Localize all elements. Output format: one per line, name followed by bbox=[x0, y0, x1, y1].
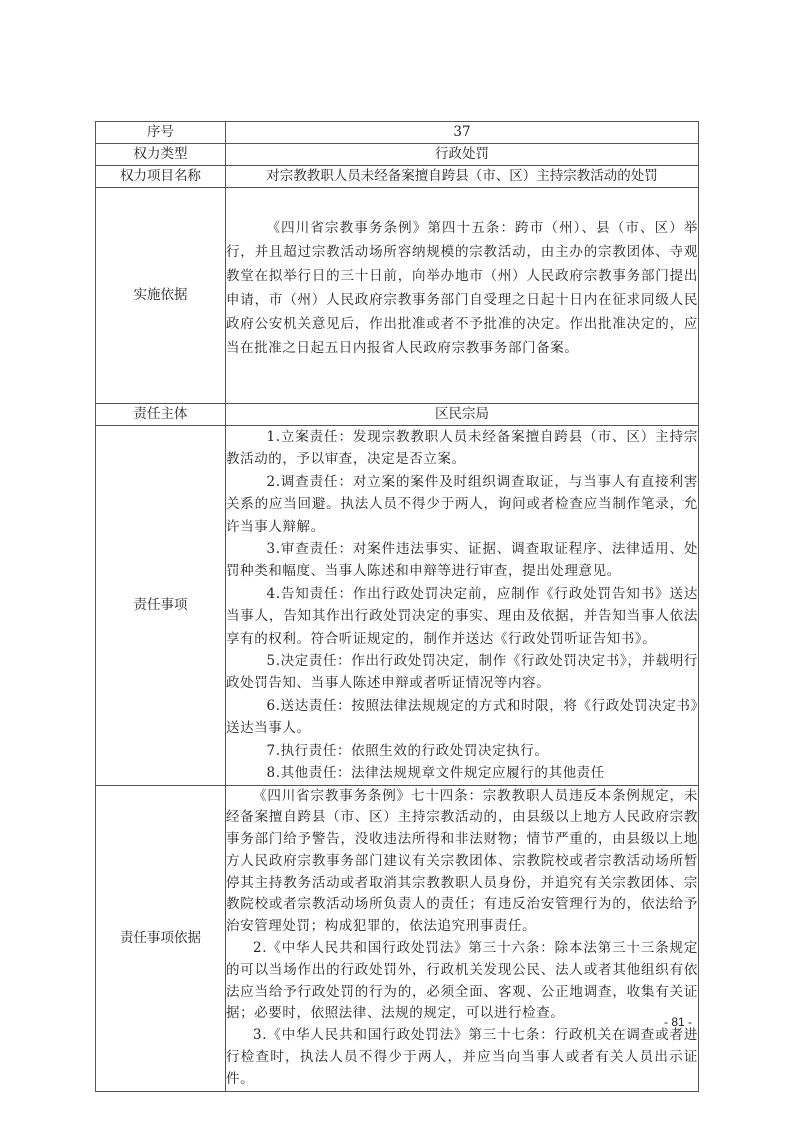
document-page: 序号 37 权力类型 行政处罚 权力项目名称 对宗教教职人员未经备案擅自跨县（市… bbox=[0, 0, 793, 1122]
label-power-type: 权力类型 bbox=[96, 144, 226, 166]
row-power-item-name: 权力项目名称 对宗教教职人员未经备案擅自跨县（市、区）主持宗教活动的处罚 bbox=[96, 166, 699, 188]
duty-item: 5.决定责任：作出行政处罚决定，制作《行政处罚决定书》，并载明行政处罚告知、当事… bbox=[226, 650, 698, 695]
duty-basis-item: 3.《中华人民共和国行政处罚法》第三十七条：行政机关在调查或者进行检查时，执法人… bbox=[226, 1025, 698, 1090]
value-responsible-subject: 区民宗局 bbox=[226, 404, 699, 426]
value-serial-number: 37 bbox=[226, 122, 699, 144]
duty-item: 7.执行责任：依照生效的行政处罚决定执行。 bbox=[226, 740, 698, 762]
row-power-type: 权力类型 行政处罚 bbox=[96, 144, 699, 166]
label-responsible-subject: 责任主体 bbox=[96, 404, 226, 426]
power-item-table: 序号 37 权力类型 行政处罚 权力项目名称 对宗教教职人员未经备案擅自跨县（市… bbox=[95, 121, 699, 1092]
value-power-item-name: 对宗教教职人员未经备案擅自跨县（市、区）主持宗教活动的处罚 bbox=[226, 166, 699, 188]
row-duty-basis: 责任事项依据 《四川省宗教事务条例》七十四条：宗教教职人员违反本条例规定，未经备… bbox=[96, 785, 699, 1091]
row-duties: 责任事项 1.立案责任：发现宗教教职人员未经备案擅自跨县（市、区）主持宗教活动的… bbox=[96, 426, 699, 786]
duty-item: 1.立案责任：发现宗教教职人员未经备案擅自跨县（市、区）主持宗教活动的，予以审查… bbox=[226, 426, 698, 471]
duty-basis-item: 《四川省宗教事务条例》七十四条：宗教教职人员违反本条例规定，未经备案擅自跨县（市… bbox=[226, 786, 698, 939]
basis-text: 《四川省宗教事务条例》第四十五条：跨市（州）、县（市、区）举行，并且超过宗教活动… bbox=[226, 216, 698, 360]
value-duty-basis: 《四川省宗教事务条例》七十四条：宗教教职人员违反本条例规定，未经备案擅自跨县（市… bbox=[226, 785, 699, 1091]
row-responsible-subject: 责任主体 区民宗局 bbox=[96, 404, 699, 426]
value-power-type: 行政处罚 bbox=[226, 144, 699, 166]
row-implementation-basis: 实施依据 《四川省宗教事务条例》第四十五条：跨市（州）、县（市、区）举行，并且超… bbox=[96, 188, 699, 404]
label-power-item-name: 权力项目名称 bbox=[96, 166, 226, 188]
page-number: - 81 - bbox=[664, 1015, 692, 1029]
duty-item: 6.送达责任：按照法律法规规定的方式和时限，将《行政处罚决定书》送达当事人。 bbox=[226, 695, 698, 740]
duty-basis-item: 2.《中华人民共和国行政处罚法》第三十六条：除本法第三十三条规定的可以当场作出的… bbox=[226, 938, 698, 1025]
row-serial-number: 序号 37 bbox=[96, 122, 699, 144]
value-duties: 1.立案责任：发现宗教教职人员未经备案擅自跨县（市、区）主持宗教活动的，予以审查… bbox=[226, 426, 699, 786]
label-implementation-basis: 实施依据 bbox=[96, 188, 226, 404]
value-implementation-basis: 《四川省宗教事务条例》第四十五条：跨市（州）、县（市、区）举行，并且超过宗教活动… bbox=[226, 188, 699, 404]
label-serial-number: 序号 bbox=[96, 122, 226, 144]
label-duty-basis: 责任事项依据 bbox=[96, 785, 226, 1091]
duty-item: 3.审查责任：对案件违法事实、证据、调查取证程序、法律适用、处罚种类和幅度、当事… bbox=[226, 538, 698, 583]
duty-item: 8.其他责任：法律法规规章文件规定应履行的其他责任 bbox=[226, 762, 698, 784]
duty-item: 2.调查责任：对立案的案件及时组织调查取证，与当事人有直接利害关系的应当回避。执… bbox=[226, 471, 698, 538]
duty-item: 4.告知责任：作出行政处罚决定前，应制作《行政处罚告知书》送达当事人，告知其作出… bbox=[226, 583, 698, 650]
label-duties: 责任事项 bbox=[96, 426, 226, 786]
